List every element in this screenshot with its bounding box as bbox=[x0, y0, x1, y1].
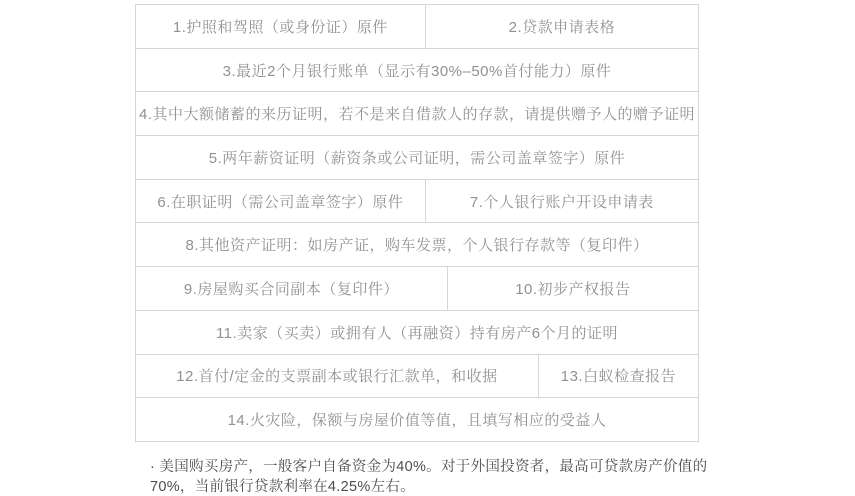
table-cell: 9.房屋购买合同副本（复印件） bbox=[136, 267, 447, 310]
loan-documents-table: 1.护照和驾照（或身份证）原件 2.贷款申请表格 3.最近2个月银行账单（显示有… bbox=[135, 4, 699, 442]
footnote: · 美国购买房产，一般客户自备资金为40%。对于外国投资者，最高可贷款房产价值的… bbox=[150, 457, 730, 496]
table-row: 14.火灾险，保额与房屋价值等值，且填写相应的受益人 bbox=[136, 398, 698, 441]
table-row: 6.在职证明（需公司盖章签字）原件 7.个人银行账户开设申请表 bbox=[136, 180, 698, 224]
table-cell: 1.护照和驾照（或身份证）原件 bbox=[136, 5, 425, 48]
table-row: 8.其他资产证明：如房产证，购车发票，个人银行存款等（复印件） bbox=[136, 223, 698, 267]
table-cell: 4.其中大额储蓄的来历证明，若不是来自借款人的存款，请提供赠予人的赠予证明 bbox=[136, 92, 698, 135]
table-cell: 10.初步产权报告 bbox=[447, 267, 698, 310]
table-cell: 8.其他资产证明：如房产证，购车发票，个人银行存款等（复印件） bbox=[136, 223, 698, 266]
table-row: 9.房屋购买合同副本（复印件） 10.初步产权报告 bbox=[136, 267, 698, 311]
table-row: 4.其中大额储蓄的来历证明，若不是来自借款人的存款，请提供赠予人的赠予证明 bbox=[136, 92, 698, 136]
table-row: 12.首付/定金的支票副本或银行汇款单，和收据 13.白蚁检查报告 bbox=[136, 355, 698, 399]
table-cell: 14.火灾险，保额与房屋价值等值，且填写相应的受益人 bbox=[136, 398, 698, 441]
table-cell: 11.卖家（买卖）或拥有人（再融资）持有房产6个月的证明 bbox=[136, 311, 698, 354]
table-row: 11.卖家（买卖）或拥有人（再融资）持有房产6个月的证明 bbox=[136, 311, 698, 355]
table-row: 3.最近2个月银行账单（显示有30%–50%首付能力）原件 bbox=[136, 49, 698, 93]
table-cell: 7.个人银行账户开设申请表 bbox=[425, 180, 698, 223]
table-row: 5.两年薪资证明（薪资条或公司证明，需公司盖章签字）原件 bbox=[136, 136, 698, 180]
table-row: 1.护照和驾照（或身份证）原件 2.贷款申请表格 bbox=[136, 5, 698, 49]
table-cell: 13.白蚁检查报告 bbox=[538, 355, 698, 398]
table-cell: 2.贷款申请表格 bbox=[425, 5, 698, 48]
table-cell: 12.首付/定金的支票副本或银行汇款单，和收据 bbox=[136, 355, 538, 398]
table-cell: 6.在职证明（需公司盖章签字）原件 bbox=[136, 180, 425, 223]
table-cell: 5.两年薪资证明（薪资条或公司证明，需公司盖章签字）原件 bbox=[136, 136, 698, 179]
table-cell: 3.最近2个月银行账单（显示有30%–50%首付能力）原件 bbox=[136, 49, 698, 92]
